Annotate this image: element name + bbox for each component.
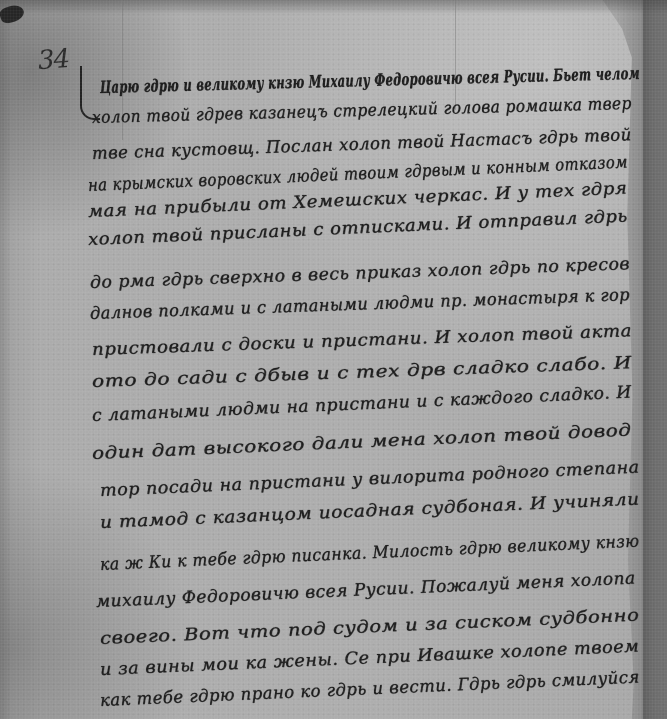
manuscript-scan: 34 Царю гдрю и великому кнзю Михаилу Фед… [0,0,667,719]
manuscript-line: пристовали с доски и пристани. И холоп т… [92,321,633,360]
manuscript-line: михаилу Федоровичю всея Русии. Пожалуй м… [96,568,636,612]
manuscript-line: ка ж Ки к тебе гдрю писанка. Милость гдр… [100,531,640,575]
manuscript-line: Царю гдрю и великому кнзю Михаилу Федоро… [100,64,640,98]
manuscript-line: один дат высокого дали мена холоп твой д… [92,420,632,464]
manuscript-text-block: Царю гдрю и великому кнзю Михаилу Федоро… [0,0,648,719]
manuscript-line: далнов полками и с латаными людми пр. мо… [90,285,631,324]
manuscript-line: холоп твой гдрев казанецъ стрелецкий гол… [92,94,632,128]
